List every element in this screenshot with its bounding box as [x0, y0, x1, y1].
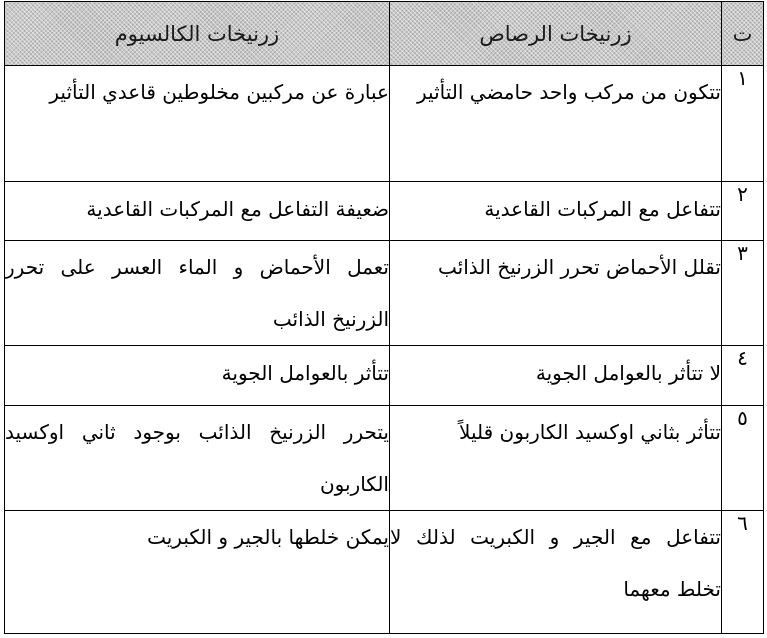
table-row: ٣ تقلل الأحماض تحرر الزرنيخ الذائب تعمل … — [5, 240, 764, 346]
table-row: ٢ تتفاعل مع المركبات القاعدية ضعيفة التف… — [5, 181, 764, 240]
lead-arsenates-cell: تتفاعل مع الجير و الكبريت لذلك لا تخلط م… — [390, 511, 722, 634]
table-row: ٦ تتفاعل مع الجير و الكبريت لذلك لا تخلط… — [5, 511, 764, 634]
table-row: ١ تتكون من مركب واحد حامضي التأثير عبارة… — [5, 66, 764, 182]
row-number: ٢ — [722, 181, 764, 240]
row-number: ٤ — [722, 346, 764, 405]
calcium-arsenates-cell: عبارة عن مركبين مخلوطين قاعدي التأثير — [5, 66, 390, 182]
calcium-arsenates-cell: تتأثر بالعوامل الجوية — [5, 346, 390, 405]
header-lead-arsenates: زرنيخات الرصاص — [390, 2, 722, 66]
header-calcium-arsenates: زرنيخات الكالسيوم — [5, 2, 390, 66]
calcium-arsenates-cell: يمكن خلطها بالجير و الكبريت — [5, 511, 390, 634]
row-number: ٦ — [722, 511, 764, 634]
lead-arsenates-cell: تتفاعل مع المركبات القاعدية — [390, 181, 722, 240]
calcium-arsenates-cell: ضعيفة التفاعل مع المركبات القاعدية — [5, 181, 390, 240]
lead-arsenates-cell: تتكون من مركب واحد حامضي التأثير — [390, 66, 722, 182]
calcium-arsenates-cell: تعمل الأحماض و الماء العسر على تحرر الزر… — [5, 240, 390, 346]
calcium-arsenates-cell: يتحرر الزرنيخ الذائب بوجود ثاني اوكسيد ا… — [5, 405, 390, 511]
table-row: ٥ تتأثر بثاني اوكسيد الكاربون قليلاً يتح… — [5, 405, 764, 511]
row-number: ٣ — [722, 240, 764, 346]
row-number: ١ — [722, 66, 764, 182]
lead-arsenates-cell: تتأثر بثاني اوكسيد الكاربون قليلاً — [390, 405, 722, 511]
lead-arsenates-cell: لا تتأثر بالعوامل الجوية — [390, 346, 722, 405]
comparison-table: ت زرنيخات الرصاص زرنيخات الكالسيوم ١ تتك… — [4, 1, 764, 634]
table-row: ٤ لا تتأثر بالعوامل الجوية تتأثر بالعوام… — [5, 346, 764, 405]
lead-arsenates-cell: تقلل الأحماض تحرر الزرنيخ الذائب — [390, 240, 722, 346]
header-row: ت زرنيخات الرصاص زرنيخات الكالسيوم — [5, 2, 764, 66]
header-number: ت — [722, 2, 764, 66]
row-number: ٥ — [722, 405, 764, 511]
